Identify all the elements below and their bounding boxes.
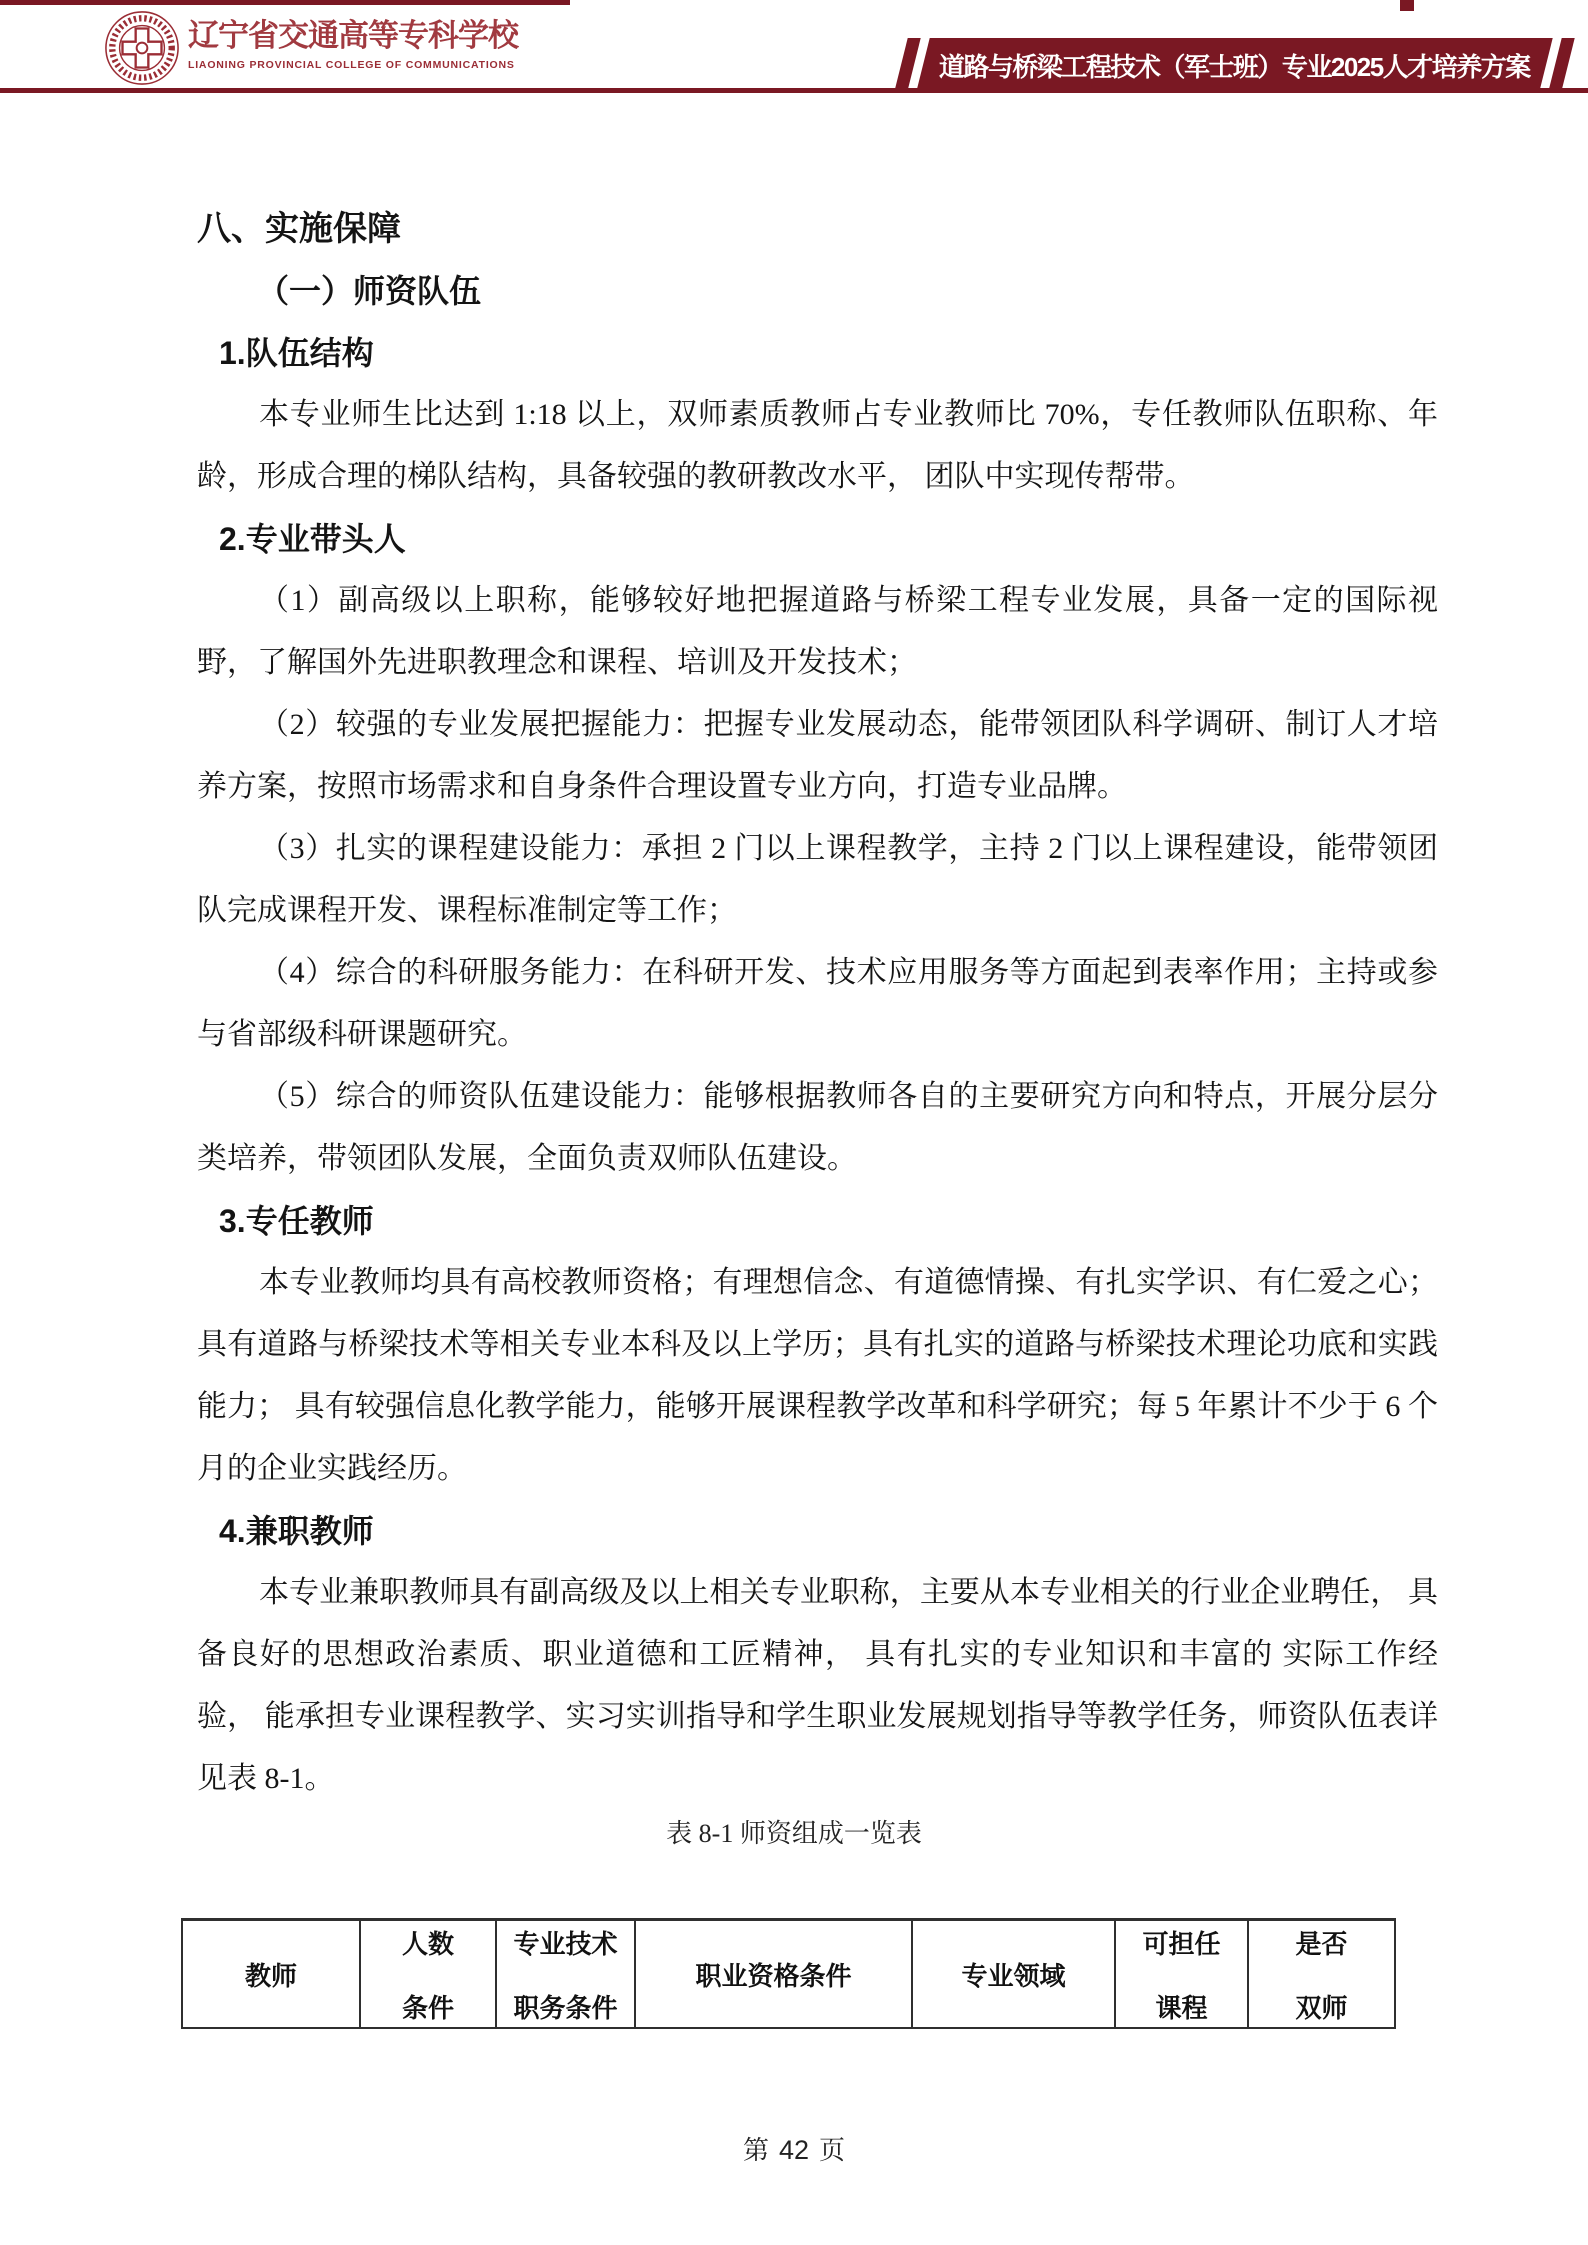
col-header-headcount: 人数 条件	[360, 1920, 496, 2029]
header-banner: 道路与桥梁工程技术（军士班）专业2025人才培养方案	[901, 38, 1568, 92]
paragraph: （5）综合的师资队伍建设能力：能够根据教师各自的主要研究方向和特点，开展分层分类…	[197, 1066, 1438, 1190]
page-number-prefix: 第	[743, 2136, 769, 2165]
banner-title: 道路与桥梁工程技术（军士班）专业2025人才培养方案	[939, 47, 1530, 84]
subsection-title-2: 2.专业带头人	[219, 508, 1438, 570]
paragraph: （1）副高级以上职称，能够较好地把握道路与桥梁工程专业发展，具备一定的国际视野，…	[197, 570, 1438, 694]
top-accent-line	[0, 0, 570, 5]
paragraph: （2）较强的专业发展把握能力：把握专业发展动态，能带领团队科学调研、制订人才培养…	[197, 694, 1438, 818]
col-header-professional-title: 专业技术 职务条件	[496, 1920, 635, 2029]
table-header-row: 教师 人数 条件 专业技术 职务条件	[182, 1920, 1395, 2029]
paragraph: 本专业教师均具有高校教师资格；有理想信念、有道德情操、有扎实学识、有仁爱之心； …	[197, 1252, 1438, 1500]
page-number: 42	[779, 2135, 809, 2165]
document-page: 辽宁省交通高等专科学校 LIAONING PROVINCIAL COLLEGE …	[0, 0, 1588, 2245]
college-name-english: LIAONING PROVINCIAL COLLEGE OF COMMUNICA…	[188, 59, 518, 71]
col-header-qualification: 职业资格条件	[635, 1920, 912, 2029]
page-number-suffix: 页	[819, 2136, 845, 2165]
banner-stripe-left	[894, 38, 920, 92]
col-header-dual-qualified: 是否 双师	[1248, 1920, 1395, 2029]
table-caption: 表 8-1 师资组成一览表	[0, 1814, 1588, 1854]
paragraph: （4）综合的科研服务能力：在科研开发、技术应用服务等方面起到表率作用；主持或参与…	[197, 942, 1438, 1066]
subsection-title-1: 1.队伍结构	[219, 322, 1438, 384]
subsection-title-3: 3.专任教师	[219, 1190, 1438, 1252]
paragraph: 本专业师生比达到 1:18 以上，双师素质教师占专业教师比 70%，专任教师队伍…	[197, 384, 1438, 508]
banner-body: 道路与桥梁工程技术（军士班）专业2025人才培养方案	[916, 38, 1552, 92]
col-header-courses: 可担任 课程	[1115, 1920, 1248, 2029]
subsection-title-4: 4.兼职教师	[219, 1500, 1438, 1562]
document-body: 八、实施保障 （一）师资队伍 1.队伍结构 本专业师生比达到 1:18 以上，双…	[197, 198, 1438, 1810]
teacher-composition-table: 教师 人数 条件 专业技术 职务条件	[181, 1918, 1396, 2029]
college-seal-icon	[103, 9, 181, 87]
banner-stripe-right	[1548, 38, 1574, 92]
section-heading: （一）师资队伍	[257, 260, 1438, 322]
col-header-teacher: 教师	[182, 1920, 360, 2029]
college-brand: 辽宁省交通高等专科学校 LIAONING PROVINCIAL COLLEGE …	[188, 16, 518, 71]
col-header-field: 专业领域	[912, 1920, 1115, 2029]
corner-accent-mark	[1400, 0, 1414, 11]
paragraph: 本专业兼职教师具有副高级及以上相关专业职称，主要从本专业相关的行业企业聘任， 具…	[197, 1562, 1438, 1810]
page-footer: 第42页	[0, 2130, 1588, 2167]
college-name-chinese: 辽宁省交通高等专科学校	[188, 16, 518, 56]
paragraph: （3）扎实的课程建设能力：承担 2 门以上课程教学，主持 2 门以上课程建设，能…	[197, 818, 1438, 942]
chapter-heading: 八、实施保障	[197, 198, 1438, 260]
